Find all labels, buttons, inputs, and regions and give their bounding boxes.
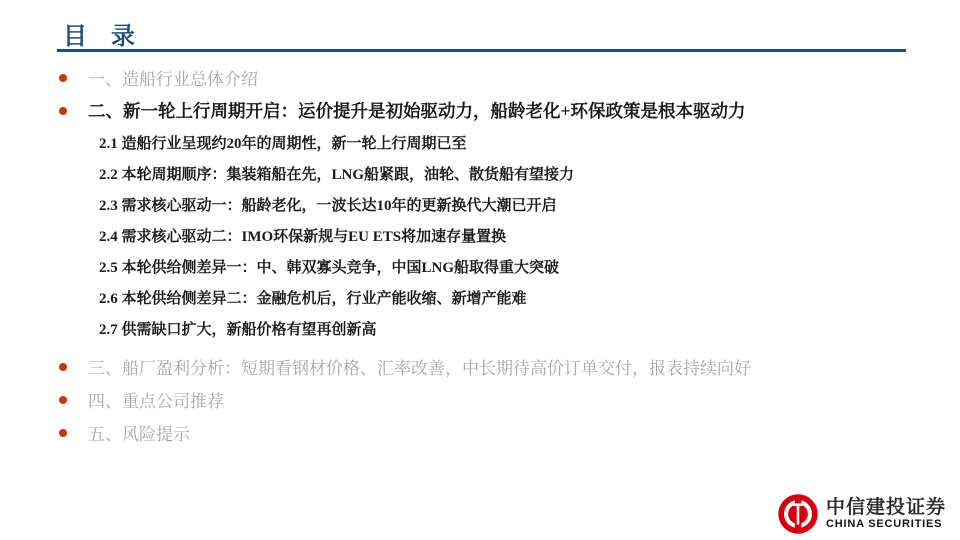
toc-subitem-2-2[interactable]: 2.2 本轮周期顺序：集装箱船在先，LNG船紧跟，油轮、散货船有望接力: [99, 160, 960, 191]
toc-subitem-2-7[interactable]: 2.7 供需缺口扩大，新船价格有望再创新高: [99, 315, 960, 346]
table-of-contents: 一、造船行业总体介绍 二、新一轮上行周期开启：运价提升是初始驱动力，船龄老化+环…: [0, 61, 960, 449]
citic-emblem-icon: [776, 492, 820, 536]
title-divider: [57, 49, 906, 52]
toc-subitem-2-1[interactable]: 2.1 造船行业呈现约20年的周期性，新一轮上行周期已至: [99, 129, 960, 160]
company-name-en: CHINA SECURITIES: [826, 518, 946, 530]
toc-item-section-4[interactable]: 四、重点公司推荐: [0, 383, 960, 416]
toc-item-label: 五、风险提示: [88, 420, 190, 445]
toc-section-2-subitems: 2.1 造船行业呈现约20年的周期性，新一轮上行周期已至 2.2 本轮周期顺序：…: [0, 129, 960, 346]
bullet-icon: [59, 429, 67, 437]
toc-item-section-2[interactable]: 二、新一轮上行周期开启：运价提升是初始驱动力，船龄老化+环保政策是根本驱动力: [0, 94, 960, 127]
toc-subitem-2-3[interactable]: 2.3 需求核心驱动一：船龄老化，一波长达10年的更新换代大潮已开启: [99, 191, 960, 222]
company-logo: 中信建投证券 CHINA SECURITIES: [776, 492, 946, 536]
company-name-cn: 中信建投证券: [826, 498, 946, 518]
bullet-icon: [59, 363, 67, 371]
toc-item-label: 一、造船行业总体介绍: [88, 65, 258, 90]
bullet-icon: [59, 396, 67, 404]
toc-item-section-1[interactable]: 一、造船行业总体介绍: [0, 61, 960, 94]
toc-subitem-2-6[interactable]: 2.6 本轮供给侧差异二：金融危机后，行业产能收缩、新增产能难: [99, 284, 960, 315]
toc-subitem-2-5[interactable]: 2.5 本轮供给侧差异一：中、韩双寡头竞争，中国LNG船取得重大突破: [99, 253, 960, 284]
slide: 目 录 一、造船行业总体介绍 二、新一轮上行周期开启：运价提升是初始驱动力，船龄…: [0, 0, 960, 540]
toc-item-section-5[interactable]: 五、风险提示: [0, 416, 960, 449]
toc-item-label: 三、船厂盈利分析：短期看钢材价格、汇率改善，中长期待高价订单交付，报表持续向好: [88, 354, 751, 379]
company-logo-text: 中信建投证券 CHINA SECURITIES: [826, 498, 946, 531]
bullet-icon: [59, 107, 67, 115]
toc-item-label: 二、新一轮上行周期开启：运价提升是初始驱动力，船龄老化+环保政策是根本驱动力: [88, 98, 745, 123]
toc-item-section-3[interactable]: 三、船厂盈利分析：短期看钢材价格、汇率改善，中长期待高价订单交付，报表持续向好: [0, 350, 960, 383]
page-title: 目 录: [63, 16, 144, 51]
toc-item-label: 四、重点公司推荐: [88, 387, 224, 412]
bullet-icon: [59, 74, 67, 82]
toc-subitem-2-4[interactable]: 2.4 需求核心驱动二：IMO环保新规与EU ETS将加速存量置换: [99, 222, 960, 253]
